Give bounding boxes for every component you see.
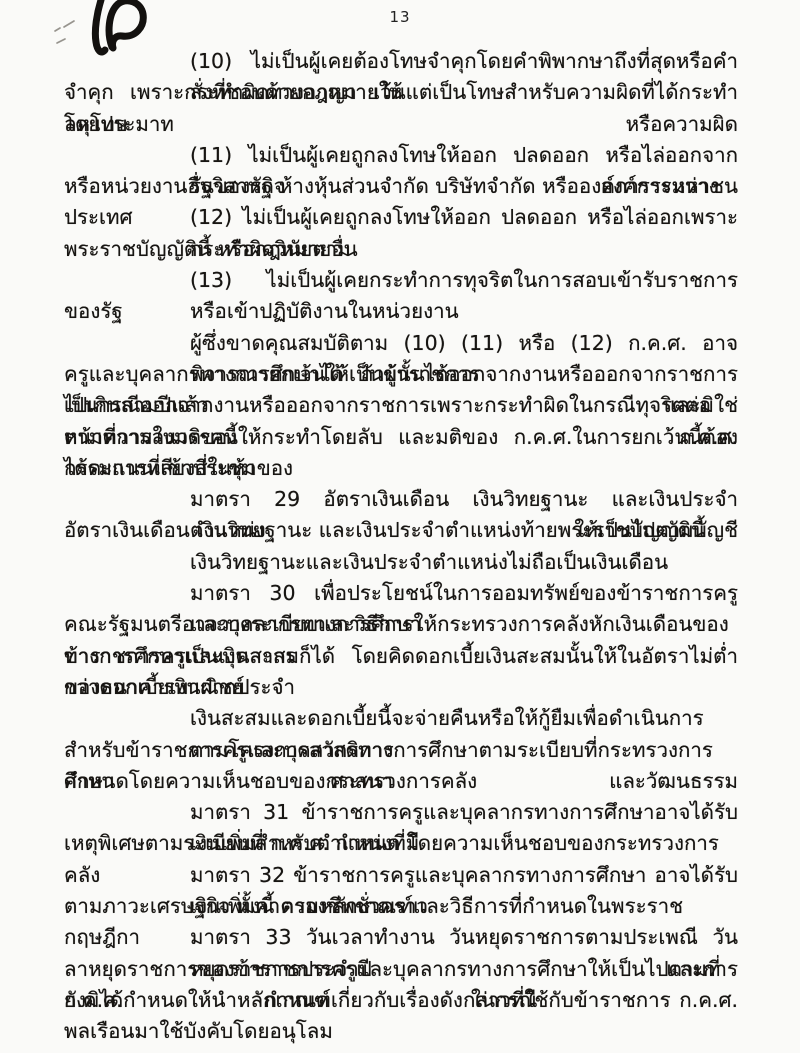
text-line: เป็นกรณีออกจากงานหรือออกจากราชการเพราะกร… — [64, 390, 738, 421]
text-line: ทางการศึกษาเป็นเงินสะสมก็ได้ โดยคิดดอกเบ… — [64, 641, 738, 672]
text-line: พระราชบัญญัตินี้ หรือกฎหมายอื่น — [64, 234, 738, 265]
text-line: มาตรา 32 ข้าราชการครูและบุคลากรทางการศึก… — [64, 860, 738, 891]
text-line: คณะรัฐมนตรีอาจวางระเบียบและวิธีการให้กระ… — [64, 609, 738, 640]
text-line: มาตรา 33 วันเวลาทำงาน วันหยุดราชการตามปร… — [64, 922, 738, 953]
text-block: (10) ไม่เป็นผู้เคยต้องโทษจำคุกโดยคำพิพาก… — [64, 46, 738, 1016]
scanned-page: 13 (10) ไม่เป็นผู้เคยต้องโทษจำคุกโดยคำพิ… — [0, 0, 800, 1053]
text-line: มาตรา 31 ข้าราชการครูและบุคลากรทางการศึก… — [64, 797, 738, 828]
text-line: ของธนาคารพาณิชย์ — [64, 672, 738, 703]
text-line: ลาหยุดราชการของข้าราชการครูและบุคลากรทาง… — [64, 954, 738, 985]
text-line: (13) ไม่เป็นผู้เคยกระทำการทุจริตในการสอบ… — [64, 265, 738, 296]
text-line: ยังมิได้กำหนดให้นำหลักเกณฑ์เกี่ยวกับเรื่… — [64, 985, 738, 1016]
text-line: เงินสะสมและดอกเบี้ยนี้จะจ่ายคืนหรือให้กู… — [64, 703, 738, 734]
text-line: (10) ไม่เป็นผู้เคยต้องโทษจำคุกโดยคำพิพาก… — [64, 46, 738, 77]
text-line: มาตรา 30 เพื่อประโยชน์ในการออมทรัพย์ของข… — [64, 578, 738, 609]
text-line: (12) ไม่เป็นผู้เคยถูกลงโทษให้ออก ปลดออก … — [64, 202, 738, 233]
text-line: เหตุพิเศษตามระเบียบที่ ก.ค.ศ. กำหนด โดยค… — [64, 828, 738, 859]
text-line: ครูและบุคลากรทางการศึกษาได้ ถ้าผู้นั้นได… — [64, 359, 738, 390]
text-line: หรือหน่วยงานอื่นของรัฐ ห้างหุ้นส่วนจำกัด… — [64, 171, 738, 202]
text-line: กรรมการที่เข้าประชุม — [64, 453, 738, 484]
text-line: (11) ไม่เป็นผู้เคยถูกลงโทษให้ออก ปลดออก … — [64, 140, 738, 171]
text-line: ผู้ซึ่งขาดคุณสมบัติตาม (10) (11) หรือ (1… — [64, 328, 738, 359]
text-line: ตามภาวะเศรษฐกิจ ทั้งนี้ ตามหลักเกณฑ์และว… — [64, 891, 738, 922]
text-line: มาตรา 29 อัตราเงินเดือน เงินวิทยฐานะ และ… — [64, 484, 738, 515]
text-line: ตามความในวรรคนี้ให้กระทำโดยลับ และมติของ… — [64, 422, 738, 453]
text-line: จำคุก เพราะกระทำผิดทางอาญา เว้นแต่เป็นโท… — [64, 77, 738, 108]
text-line: อัตราเงินเดือน เงินวิทยฐานะ และเงินประจำ… — [64, 515, 738, 546]
text-line: เงินวิทยฐานะและเงินประจำตำแหน่งไม่ถือเป็… — [64, 547, 738, 578]
text-line: สำหรับข้าราชการครูและบุคลากรทางการศึกษาต… — [64, 735, 738, 766]
